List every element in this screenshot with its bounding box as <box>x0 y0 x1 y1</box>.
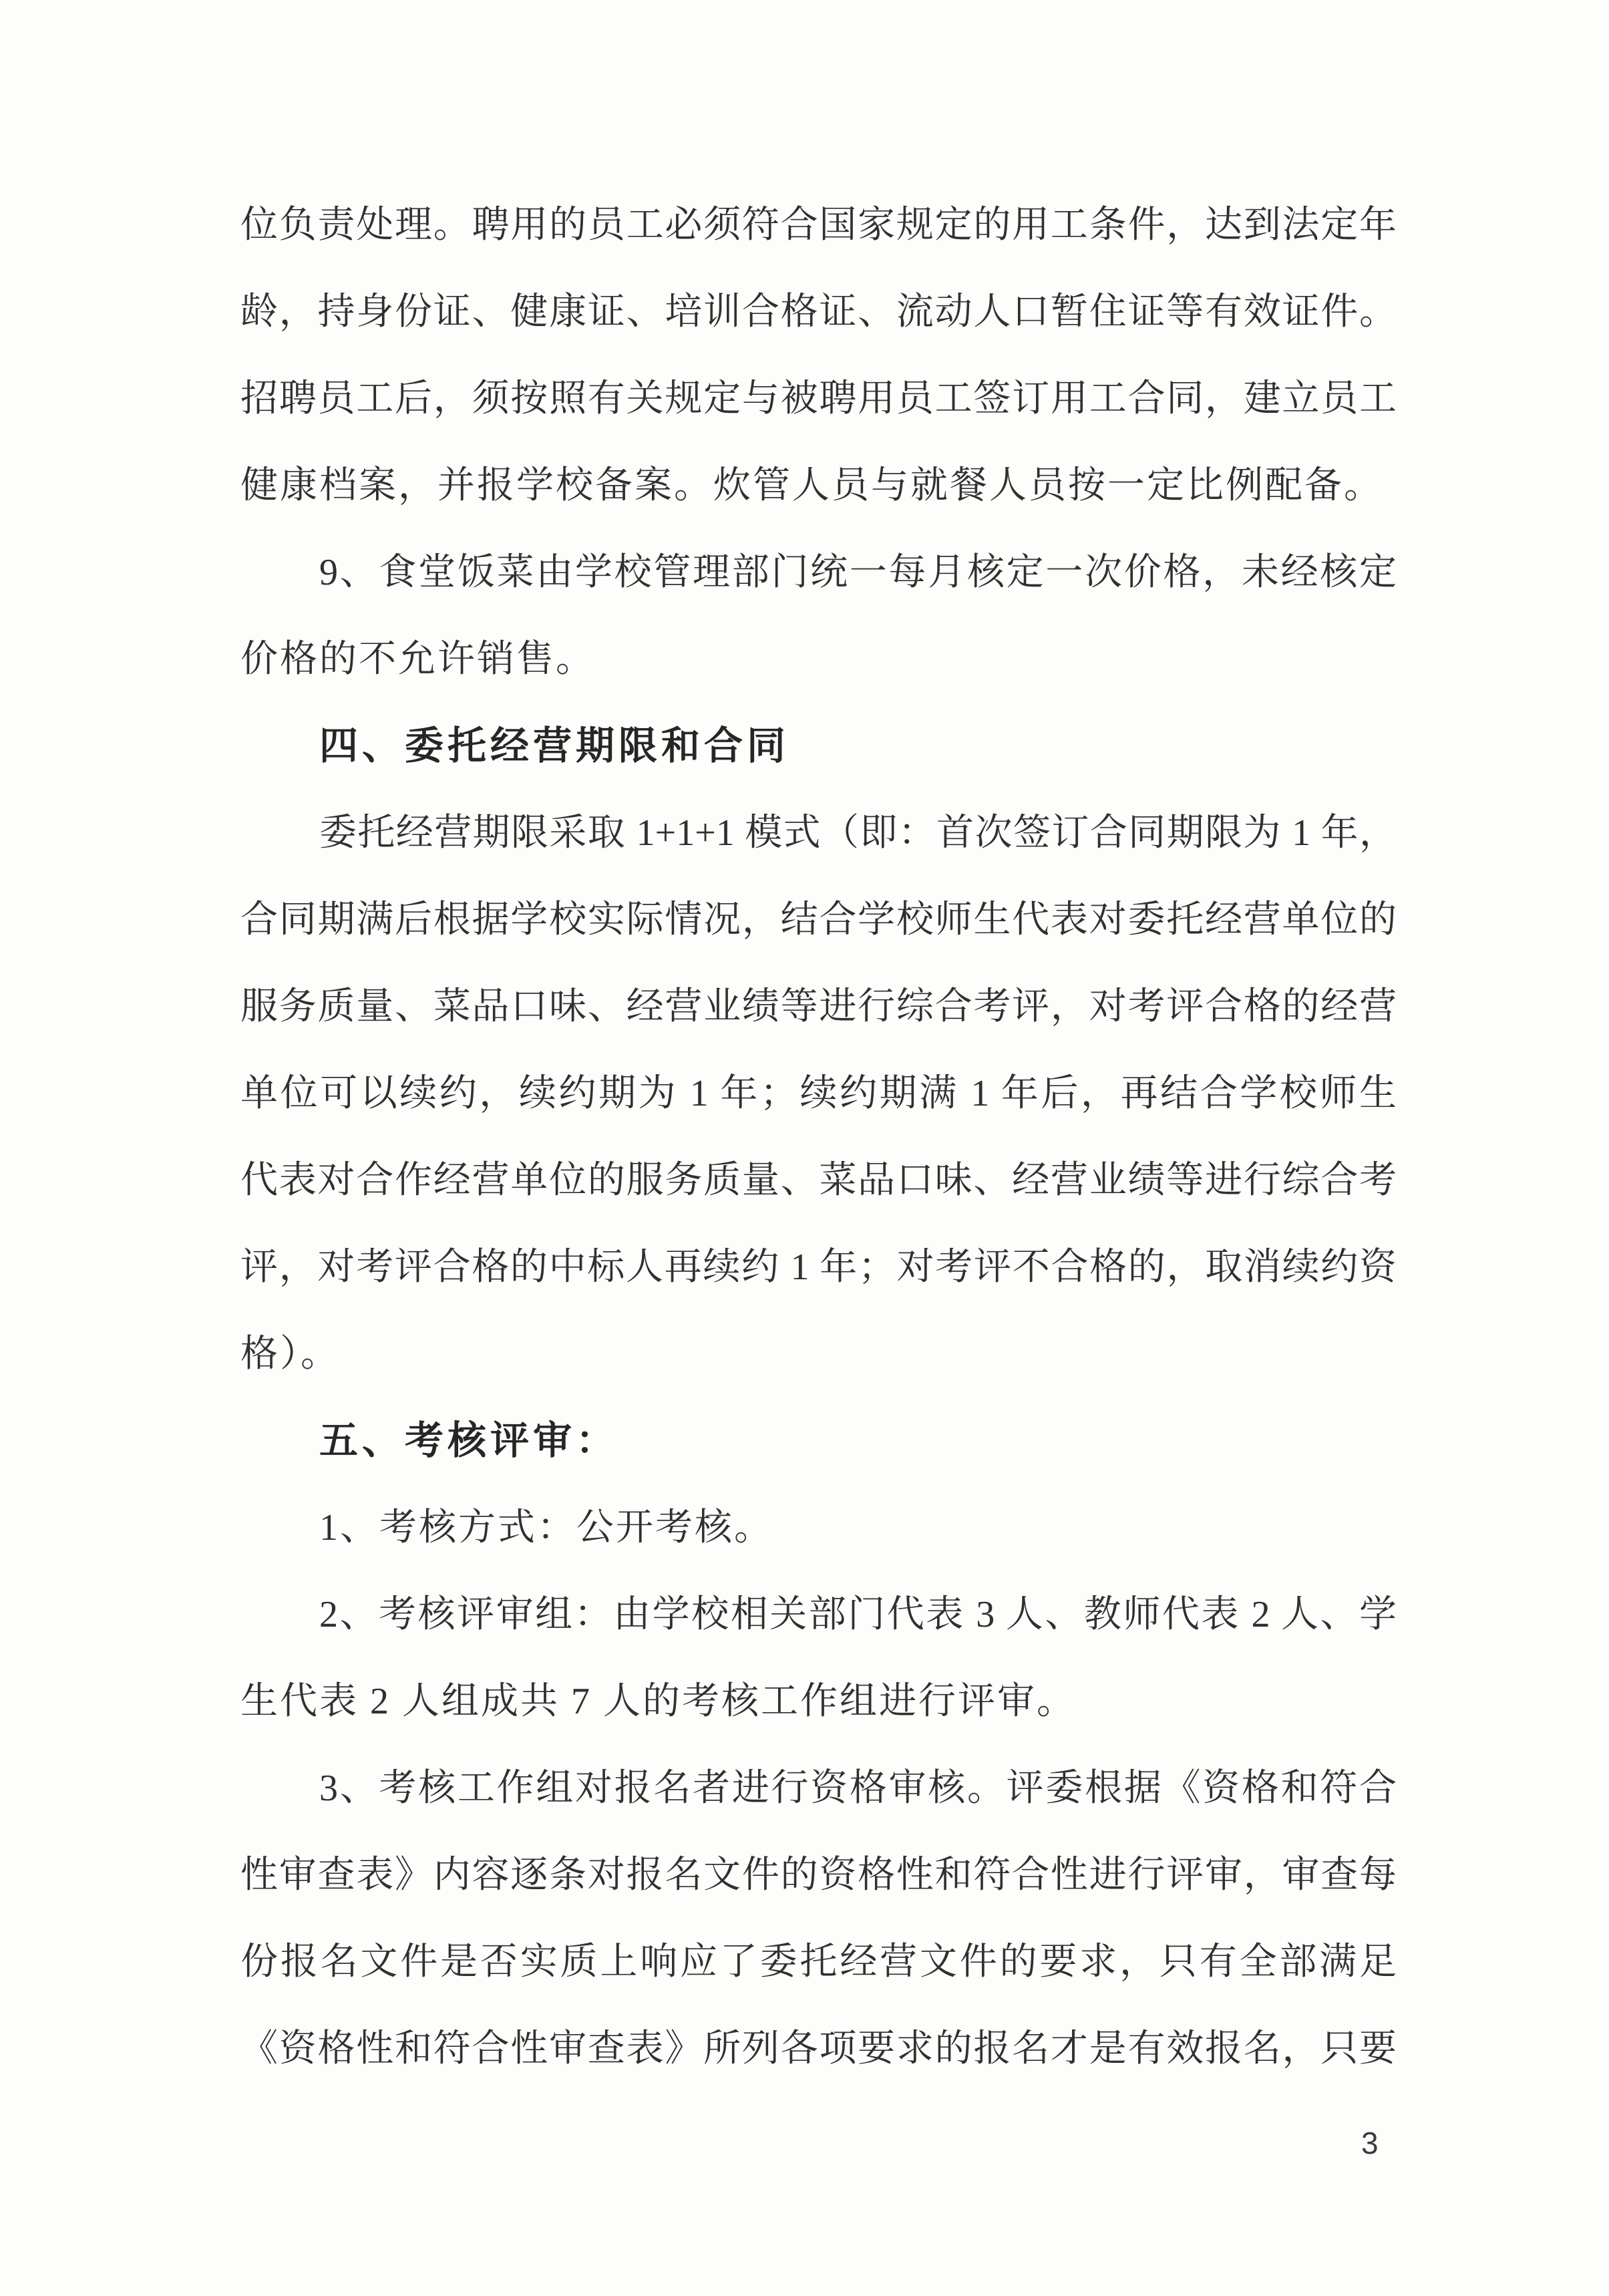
text-line: 格）。 <box>240 1311 1397 1398</box>
text-line: 单位可以续约，续约期为 1 年；续约期满 1 年后，再结合学校师生 <box>240 1050 1397 1137</box>
text-line: 3、考核工作组对报名者进行资格审核。评委根据《资格和符合 <box>240 1745 1397 1832</box>
text-line: 《资格性和符合性审查表》所列各项要求的报名才是有效报名，只要 <box>240 2005 1397 2092</box>
text-line: 1、考核方式：公开考核。 <box>240 1484 1397 1571</box>
text-line: 性审查表》内容逐条对报名文件的资格性和符合性进行评审，审查每 <box>240 1832 1397 1919</box>
page-number: 3 <box>1361 2123 1379 2163</box>
document-text: 位负责处理。聘用的员工必须符合国家规定的用工条件，达到法定年龄，持身份证、健康证… <box>240 182 1397 2092</box>
text-line: 2、考核评审组：由学校相关部门代表 3 人、教师代表 2 人、学 <box>240 1571 1397 1658</box>
text-line: 价格的不允许销售。 <box>240 616 1397 703</box>
section-heading: 四、委托经营期限和合同 <box>240 703 1397 790</box>
text-line: 代表对合作经营单位的服务质量、菜品口味、经营业绩等进行综合考 <box>240 1137 1397 1224</box>
text-line: 份报名文件是否实质上响应了委托经营文件的要求，只有全部满足 <box>240 1919 1397 2005</box>
section-heading: 五、考核评审： <box>240 1398 1397 1484</box>
text-line: 生代表 2 人组成共 7 人的考核工作组进行评审。 <box>240 1658 1397 1745</box>
document-page: 位负责处理。聘用的员工必须符合国家规定的用工条件，达到法定年龄，持身份证、健康证… <box>0 0 1609 2296</box>
text-line: 健康档案，并报学校备案。炊管人员与就餐人员按一定比例配备。 <box>240 442 1397 529</box>
text-line: 招聘员工后，须按照有关规定与被聘用员工签订用工合同，建立员工 <box>240 355 1397 442</box>
text-line: 9、食堂饭菜由学校管理部门统一每月核定一次价格，未经核定 <box>240 529 1397 616</box>
text-line: 龄，持身份证、健康证、培训合格证、流动人口暂住证等有效证件。 <box>240 269 1397 355</box>
text-line: 位负责处理。聘用的员工必须符合国家规定的用工条件，达到法定年 <box>240 182 1397 269</box>
text-line: 委托经营期限采取 1+1+1 模式（即：首次签订合同期限为 1 年， <box>240 790 1397 876</box>
text-line: 合同期满后根据学校实际情况，结合学校师生代表对委托经营单位的 <box>240 876 1397 963</box>
text-line: 评，对考评合格的中标人再续约 1 年；对考评不合格的，取消续约资 <box>240 1224 1397 1311</box>
text-line: 服务质量、菜品口味、经营业绩等进行综合考评，对考评合格的经营 <box>240 963 1397 1050</box>
